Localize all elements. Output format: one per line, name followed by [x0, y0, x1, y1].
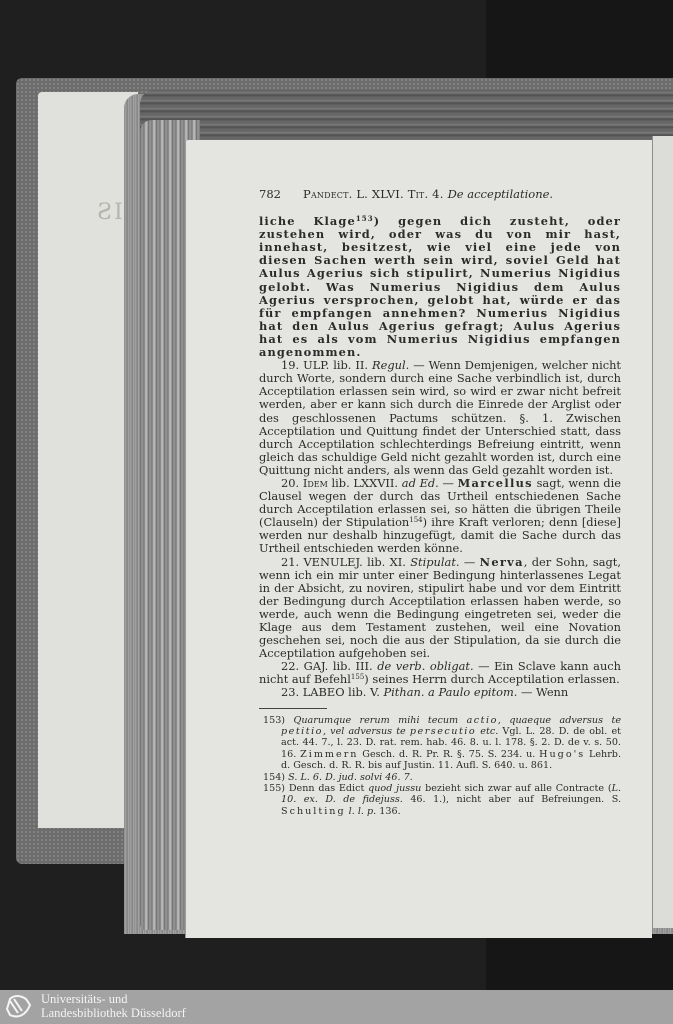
work-title: Regul. — [372, 358, 409, 372]
footnote-number: 155) — [263, 783, 285, 794]
paragraph-21: 21. VENULEJ. lib. XI. Stipulat. — Nerva,… — [259, 556, 621, 661]
author-name: Schulting — [281, 806, 346, 817]
paragraph-22: 22. GAJ. lib. III. de verb. obligat. — E… — [259, 660, 621, 686]
next-page-edge — [652, 136, 673, 928]
running-head-title: Pandect. L. XLVI. Tit. 4. — [303, 188, 444, 201]
footnote-154: 154) S. L. 6. D. jud. solvi 46. 7. — [259, 772, 621, 783]
latin-quote: , quaeque adversus te — [498, 715, 621, 726]
paragraph-23: 23. LABEO lib. V. Pithan. a Paulo epitom… — [259, 686, 621, 699]
page-number: 782 — [259, 188, 303, 201]
text: — Wenn — [517, 685, 568, 699]
left-endpaper — [38, 92, 138, 828]
footnote-number: 154) — [263, 772, 285, 783]
footnote-number: 153) — [263, 715, 285, 726]
latin-quote-spaced: actio — [467, 715, 498, 726]
paragraph-19: 19. ULP. lib. II. Regul. — Wenn Demjenig… — [259, 359, 621, 477]
text: Denn das Edict — [285, 783, 368, 794]
section-lead: 19. ULP. lib. II. — [281, 358, 368, 372]
section-lead: lib. LXXVII. — [328, 476, 398, 490]
text: 46. 1.), nicht aber auf Befreiungen. S. — [403, 794, 621, 805]
footnote-ref-154[interactable]: 154 — [409, 516, 422, 524]
footnotes: 153) Quarumque rerum mihi tecum actio, q… — [259, 715, 621, 818]
text: ) seines Herrn durch Acceptilation erlas… — [364, 672, 619, 686]
latin-term: quod jussu — [368, 783, 421, 794]
library-name-line2: Landesbibliothek Düsseldorf — [41, 1006, 186, 1020]
latin-quote-spaced: persecutio — [410, 726, 476, 737]
text: liche Klage — [259, 214, 356, 228]
text: — Wenn Demjenigen, welcher nicht durch W… — [259, 358, 621, 477]
footnote-ref-155[interactable]: 155 — [351, 673, 364, 681]
footnote-155: 155) Denn das Edict quod jussu bezieht s… — [259, 783, 621, 817]
footnote-divider — [259, 708, 327, 709]
text: ) gegen dich zusteht, oder zustehen wird… — [259, 214, 621, 359]
library-name-line1: Universitäts- und — [41, 992, 186, 1006]
running-head: 782 Pandect. L. XLVI. Tit. 4. De accepti… — [259, 188, 621, 201]
work-title: de verb. obligat. — [377, 659, 473, 673]
section-lead: 23. LABEO lib. V. — [281, 685, 380, 699]
jurist-name: Marcellus — [458, 476, 533, 490]
author: Idem — [303, 476, 328, 490]
jurist-name: Nerva — [480, 555, 524, 569]
work-title: ad Ed. — [402, 476, 439, 490]
text: bezieht sich zwar auf alle Contracte ( — [421, 783, 611, 794]
section-number: 20. — [281, 476, 299, 490]
latin-quote-spaced: petitio — [281, 726, 323, 737]
citation: Gesch. d. R. Pr. R. §. 75. S. 234. u. — [358, 749, 539, 760]
latin-quote: , vel adversus te — [323, 726, 406, 737]
dash: — — [460, 555, 480, 569]
latin-quote: etc. — [476, 726, 498, 737]
paragraph-20: 20. Idem lib. LXXVII. ad Ed. — Marcellus… — [259, 477, 621, 556]
work-title: Stipulat. — [410, 555, 459, 569]
section-lead: 21. VENULEJ. lib. XI. — [281, 555, 406, 569]
footnote-153: 153) Quarumque rerum mihi tecum actio, q… — [259, 715, 621, 772]
book-logo-icon — [4, 993, 34, 1021]
text: , der Sohn, sagt, wenn ich ein mir unter… — [259, 555, 621, 661]
footnote-ref-153[interactable]: 153 — [356, 214, 374, 223]
dash: — — [439, 476, 458, 490]
library-footer-bar: Universitäts- und Landesbibliothek Düsse… — [0, 990, 673, 1024]
citation: l. l. p. — [346, 806, 377, 817]
latin-quote: Quarumque rerum mihi tecum — [294, 715, 459, 726]
paragraph-continued: liche Klage153) gegen dich zusteht, oder… — [259, 215, 621, 359]
citation: S. L. 6. D. jud. solvi 46. 7. — [285, 772, 413, 783]
ghost-print-text: IS — [95, 200, 123, 225]
page-edges-top — [140, 90, 673, 140]
author-name: Zimmern — [300, 749, 358, 760]
page-content: 782 Pandect. L. XLVI. Tit. 4. De accepti… — [259, 188, 621, 817]
work-title: Pithan. a Paulo epitom. — [383, 685, 517, 699]
running-head-subtitle: De acceptilatione. — [448, 188, 554, 201]
text: 136. — [376, 806, 400, 817]
library-name: Universitäts- und Landesbibliothek Düsse… — [41, 992, 186, 1020]
section-lead: 22. GAJ. lib. III. — [281, 659, 373, 673]
author-name: Hugo's — [539, 749, 585, 760]
